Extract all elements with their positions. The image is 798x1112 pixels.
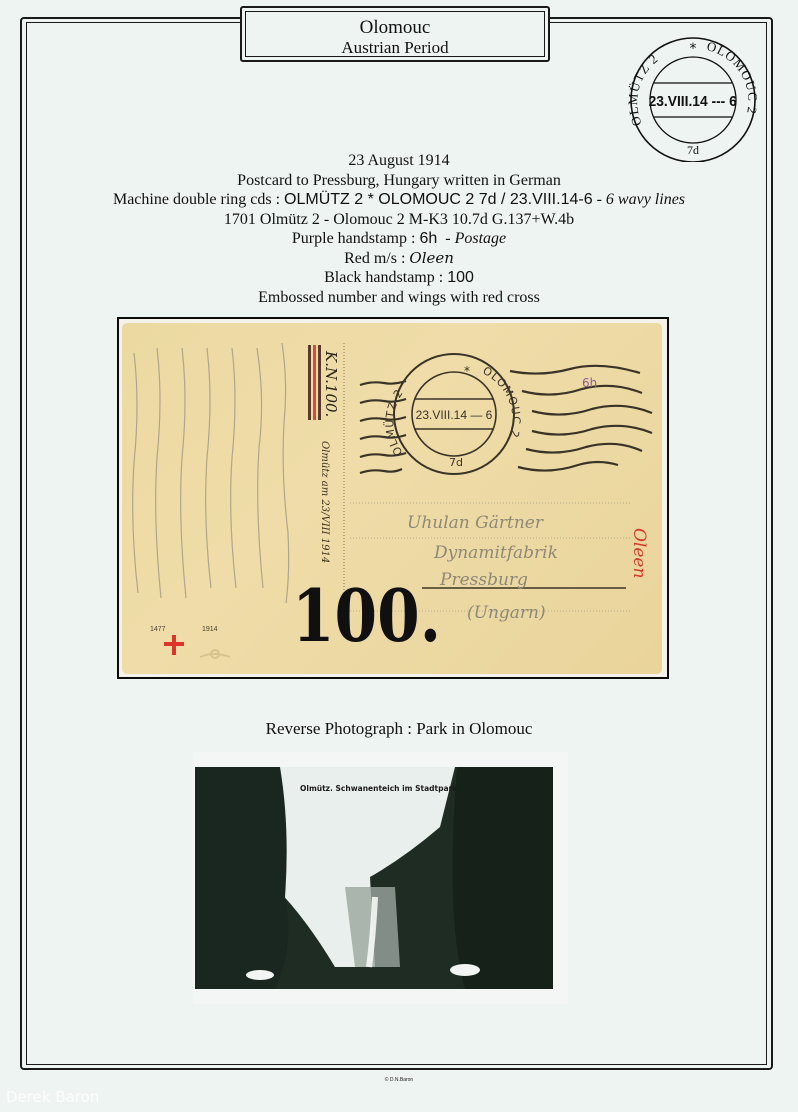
route-line: Postcard to Pressburg, Hungary written i… [40,171,758,191]
red-label: Red m/s : [344,250,409,267]
date-line: 23 August 1914 [40,151,758,171]
address-line-3: Pressburg [439,570,528,590]
page-title: Olomouc [246,18,544,38]
black-value: 100 [447,269,474,286]
pc-cds-bottom: 7d [449,456,463,469]
embossed-year-1: 1477 [150,626,166,633]
red-oleen: Oleen [629,528,649,578]
cancel-star: * [690,41,697,57]
purple-note: - Postage [437,230,506,247]
svg-text:*: * [464,364,470,378]
page-subtitle: Austrian Period [246,38,544,57]
purple-label: Purple handstamp : [292,230,420,247]
cancel-date: 23.VIII.14 --- 6 [649,94,737,111]
embossed-year-2: 1914 [202,626,218,633]
address-line-1: Uhulan Gärtner [407,513,544,533]
purple-value: 6h [419,230,437,247]
cds-label: Machine double ring cds : [113,191,284,208]
copyright: © D.N.Baron [0,1077,798,1083]
cancel-postmark-illustration: OLMÜTZ 2 OLOMOUC 2 * 23.VIII.14 --- 6 7d [620,34,766,162]
photo-title: Olmütz. Schwanenteich im Stadtpark. [300,784,460,793]
postcard-image: K.N.100. Olmütz am 23/VIII 1914 OLMÜTZ 2 [122,323,662,674]
title-box: Olomouc Austrian Period [240,6,550,62]
svg-text:OLMÜTZ 2: OLMÜTZ 2 [383,387,406,459]
kn-marking: K.N.100. [322,350,340,417]
address-line-4: (Ungarn) [467,603,546,623]
black-label: Black handstamp : [324,269,447,286]
embossed-line: Embossed number and wings with red cross [40,288,758,308]
pc-cds-date: 23.VIII.14 — 6 [416,408,493,422]
cds-line: Machine double ring cds : OLMÜTZ 2 * OLO… [40,190,758,210]
cds-value: OLMÜTZ 2 * OLOMOUC 2 7d / 23.VIII.14-6 [284,191,593,208]
reverse-photo: Olmütz. Schwanenteich im Stadtpark. [195,767,553,989]
purple-6h: 6h [582,376,597,390]
reverse-caption: Reverse Photograph : Park in Olomouc [0,719,798,739]
red-ms-line: Red m/s : Oleen [40,249,758,269]
black-handstamp-line: Black handstamp : 100 [40,268,758,288]
red-cross-icon [164,635,184,655]
pc-cds-left: OLMÜTZ 2 [383,387,406,459]
purple-handstamp-line: Purple handstamp : 6h - Postage [40,229,758,249]
address-line-2: Dynamitfabrik [433,543,558,563]
catalogue-line: 1701 Olmütz 2 - Olomouc 2 M-K3 10.7d G.1… [40,210,758,230]
black-100: 100. [292,573,441,658]
watermark: Derek Baron [6,1088,99,1106]
place-date: Olmütz am 23/VIII 1914 [319,441,330,563]
description-block: 23 August 1914 Postcard to Pressburg, Hu… [40,151,758,307]
embossed-wings-icon [200,650,230,658]
cds-note: - 6 wavy lines [593,191,685,208]
red-value: Oleen [409,249,454,267]
